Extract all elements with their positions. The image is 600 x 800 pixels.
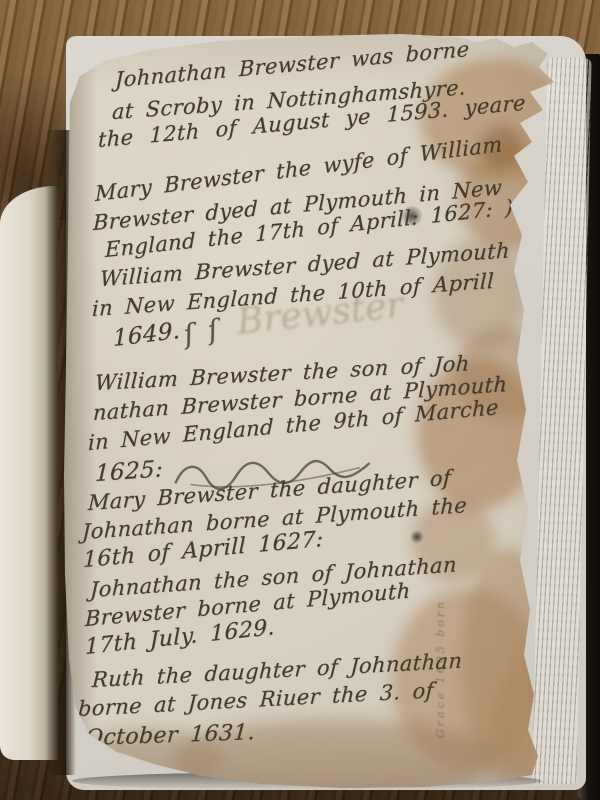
flourish-marks: ſ ſ xyxy=(181,314,221,351)
ink-smudge xyxy=(410,530,424,544)
manuscript-page: Brewster the sonne Grace 1605 born Johna… xyxy=(62,30,562,792)
photo-of-manuscript-book: Brewster the sonne Grace 1605 born Johna… xyxy=(0,0,600,800)
manuscript-line: 1625: xyxy=(95,456,164,487)
